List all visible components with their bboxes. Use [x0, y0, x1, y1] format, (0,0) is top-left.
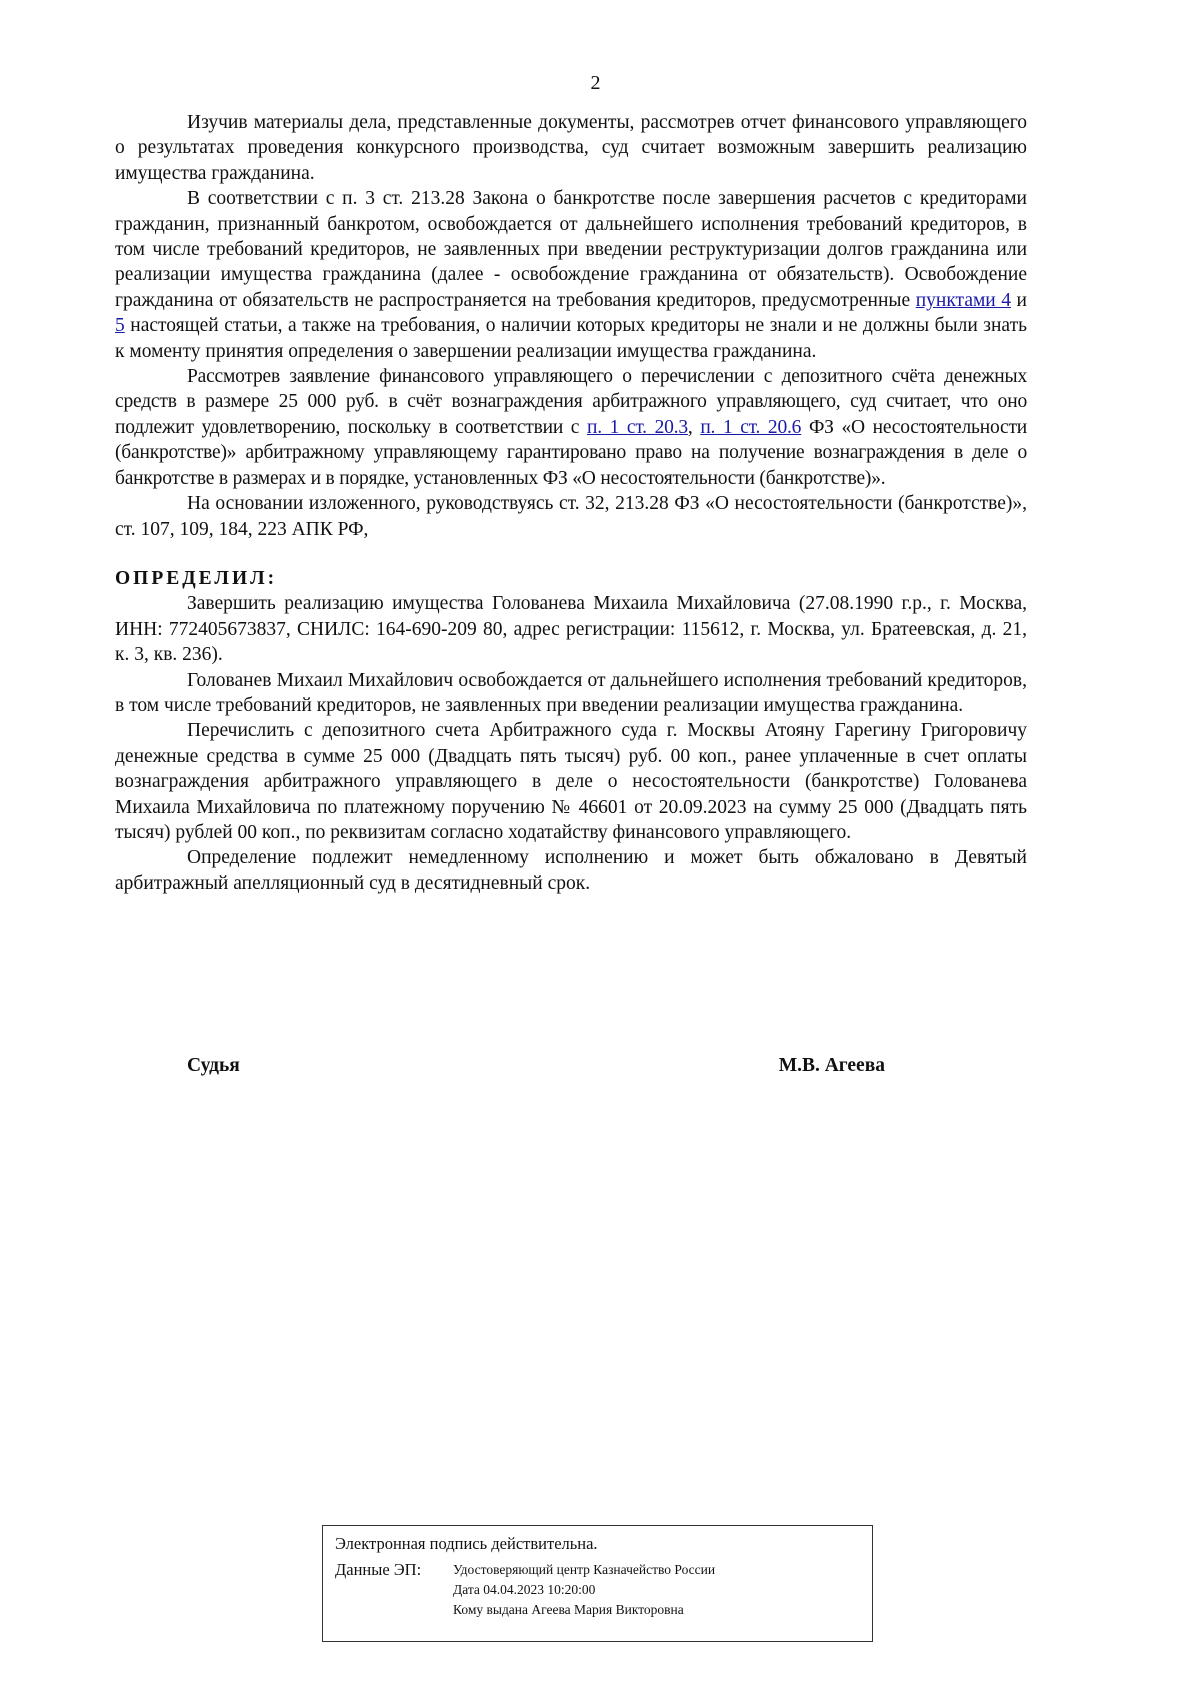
paragraph-law-basis: В соответствии с п. 3 ст. 213.28 Закона …: [115, 186, 1027, 364]
paragraph-review: Изучив материалы дела, представленные до…: [115, 110, 1027, 186]
judge-role: Судья: [187, 1055, 240, 1077]
text-span: В соответствии с п. 3 ст. 213.28 Закона …: [115, 188, 1027, 311]
paragraph-appeal: Определение подлежит немедленному исполн…: [115, 845, 1027, 896]
esig-data-row: Данные ЭП: Удостоверяющий центр Казначей…: [335, 1560, 860, 1620]
document-body: Изучив материалы дела, представленные до…: [115, 110, 1027, 896]
link-art-20-3[interactable]: п. 1 ст. 20.3: [587, 417, 688, 438]
link-point-5[interactable]: 5: [115, 315, 125, 336]
judge-name: М.В. Агеева: [779, 1055, 885, 1077]
esig-label: Данные ЭП:: [335, 1560, 453, 1620]
text-span: настоящей статьи, а также на требования,…: [115, 315, 1027, 361]
esig-issued-to: Кому выдана Агеева Мария Викторовна: [453, 1600, 715, 1620]
link-points-4[interactable]: пунктами 4: [916, 290, 1011, 311]
esig-date: Дата 04.04.2023 10:20:00: [453, 1580, 715, 1600]
paragraph-transfer: Перечислить с депозитного счета Арбитраж…: [115, 718, 1027, 845]
ruling-heading: ОПРЕДЕЛИЛ:: [115, 566, 1027, 591]
electronic-signature-box: Электронная подпись действительна. Данны…: [322, 1525, 873, 1642]
text-span: и: [1011, 290, 1027, 311]
esig-details: Удостоверяющий центр Казначейство России…: [453, 1560, 715, 1620]
paragraph-complete-sale: Завершить реализацию имущества Голованев…: [115, 591, 1027, 667]
page-number: 2: [0, 72, 1191, 95]
paragraph-release: Голованев Михаил Михайлович освобождаетс…: [115, 668, 1027, 719]
paragraph-grounds: На основании изложенного, руководствуясь…: [115, 491, 1027, 542]
link-art-20-6[interactable]: п. 1 ст. 20.6: [700, 417, 801, 438]
text-span: ,: [688, 417, 700, 438]
signature-row: Судья М.В. Агеева: [187, 1055, 885, 1077]
esig-issuer: Удостоверяющий центр Казначейство России: [453, 1560, 715, 1580]
esig-title: Электронная подпись действительна.: [335, 1534, 860, 1554]
paragraph-remuneration: Рассмотрев заявление финансового управля…: [115, 364, 1027, 491]
